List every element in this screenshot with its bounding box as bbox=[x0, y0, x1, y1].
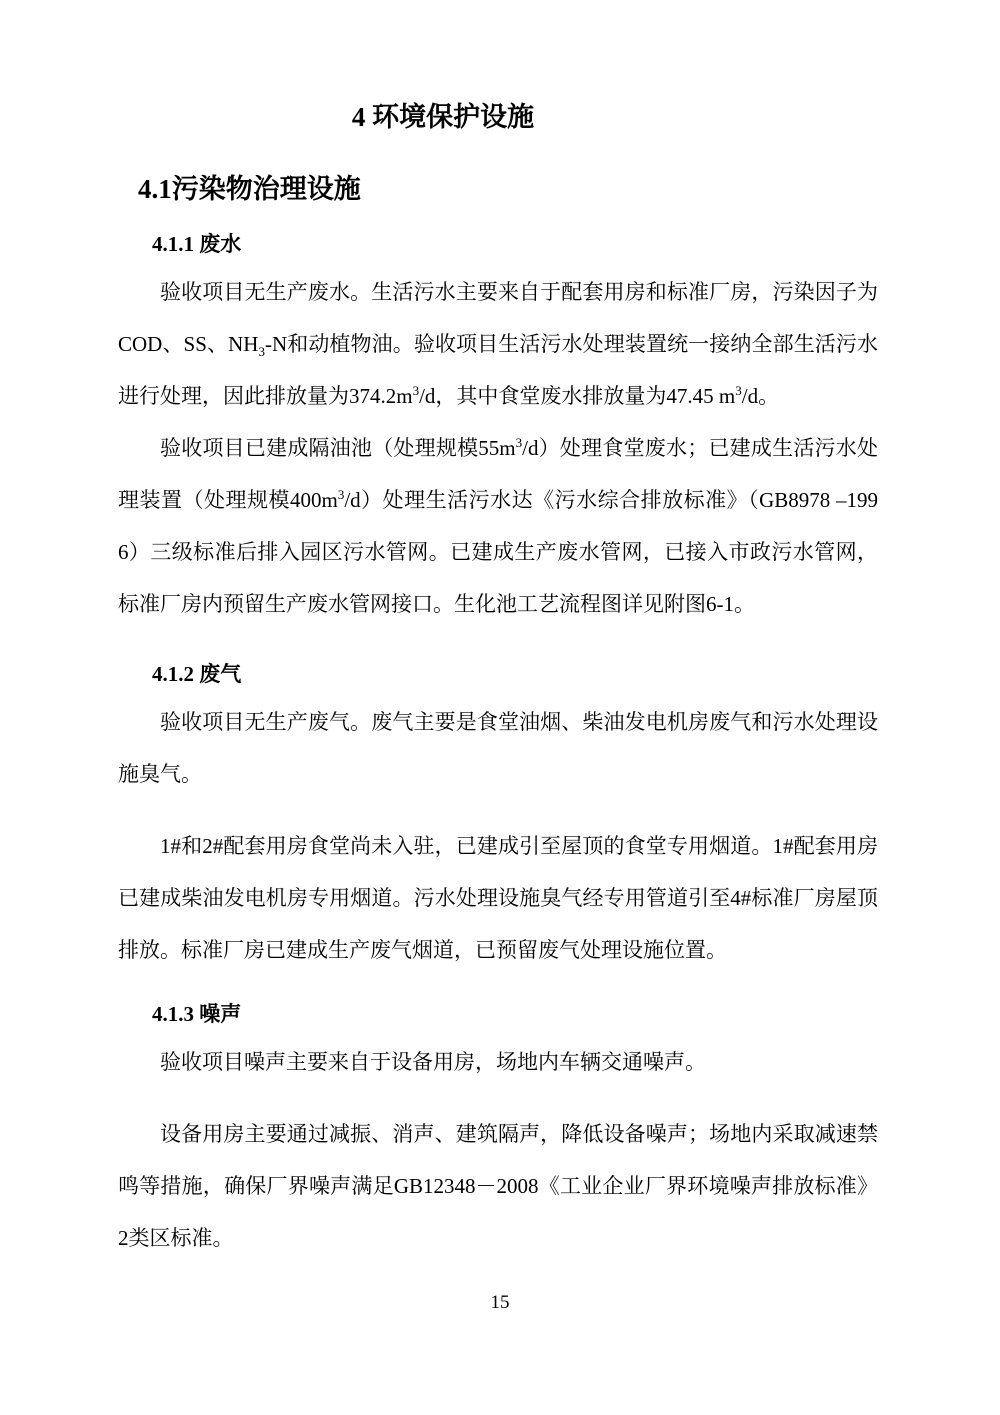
text-run: 3 bbox=[338, 487, 345, 502]
text-run: /d。 bbox=[742, 384, 779, 408]
text-run: 1#和2#配套用房食堂尚未入驻，已建成引至屋顶的食堂专用烟道。1#配套用房已建成… bbox=[118, 834, 878, 962]
text-run: 验收项目已建成隔油池（处理规模55m bbox=[160, 436, 516, 460]
subsection-heading: 4.1.2 废气 bbox=[152, 660, 878, 688]
subsection-heading: 4.1.1 废水 bbox=[152, 230, 878, 258]
text-run: 3 bbox=[413, 383, 420, 398]
text-run: /d，其中食堂废水排放量为47.45 m bbox=[419, 384, 735, 408]
text-run: 验收项目噪声主要来自于设备用房，场地内车辆交通噪声。 bbox=[160, 1050, 706, 1074]
paragraph: 验收项目无生产废水。生活污水主要来自于配套用房和标准厂房，污染因子为COD、SS… bbox=[118, 266, 878, 422]
document-page: 4 环境保护设施 4.1污染物治理设施 4.1.1 废水验收项目无生产废水。生活… bbox=[0, 0, 1000, 1415]
paragraph: 验收项目无生产废气。废气主要是食堂油烟、柴油发电机房废气和污水处理设施臭气。 bbox=[118, 696, 878, 800]
text-run: 设备用房主要通过减振、消声、建筑隔声，降低设备噪声；场地内采取减速禁鸣等措施，确… bbox=[118, 1122, 878, 1250]
page-number: 15 bbox=[0, 1291, 1000, 1315]
subsection-heading: 4.1.3 噪声 bbox=[152, 1000, 878, 1028]
text-run: 3 bbox=[516, 435, 523, 450]
paragraph: 验收项目已建成隔油池（处理规模55m3/d）处理食堂废水；已建成生活污水处理装置… bbox=[118, 422, 878, 630]
paragraph: 验收项目噪声主要来自于设备用房，场地内车辆交通噪声。 bbox=[118, 1036, 878, 1088]
paragraph: 设备用房主要通过减振、消声、建筑隔声，降低设备噪声；场地内采取减速禁鸣等措施，确… bbox=[118, 1108, 878, 1264]
paragraph: 1#和2#配套用房食堂尚未入驻，已建成引至屋顶的食堂专用烟道。1#配套用房已建成… bbox=[118, 820, 878, 976]
text-run: 3 bbox=[258, 344, 265, 359]
subsections-container: 4.1.1 废水验收项目无生产废水。生活污水主要来自于配套用房和标准厂房，污染因… bbox=[118, 230, 878, 1264]
text-run: 3 bbox=[735, 383, 742, 398]
section-heading: 4.1污染物治理设施 bbox=[138, 172, 878, 206]
text-run: 验收项目无生产废气。废气主要是食堂油烟、柴油发电机房废气和污水处理设施臭气。 bbox=[118, 710, 878, 786]
document-title: 4 环境保护设施 bbox=[118, 98, 768, 136]
